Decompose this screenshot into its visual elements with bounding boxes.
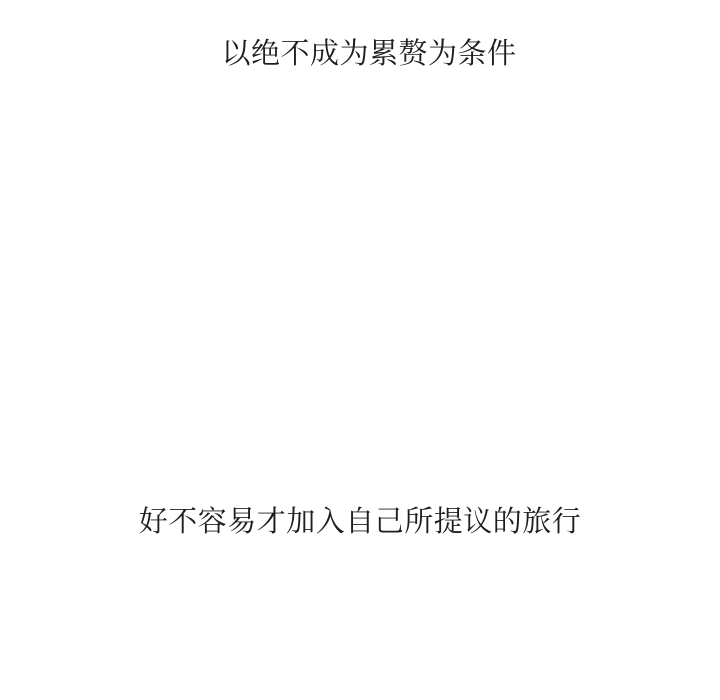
caption-text-top: 以绝不成为累赘为条件 bbox=[9, 36, 720, 71]
caption-text-bottom: 好不容易才加入自己所提议的旅行 bbox=[0, 504, 720, 539]
comic-panel: 以绝不成为累赘为条件 好不容易才加入自己所提议的旅行 bbox=[0, 0, 720, 700]
